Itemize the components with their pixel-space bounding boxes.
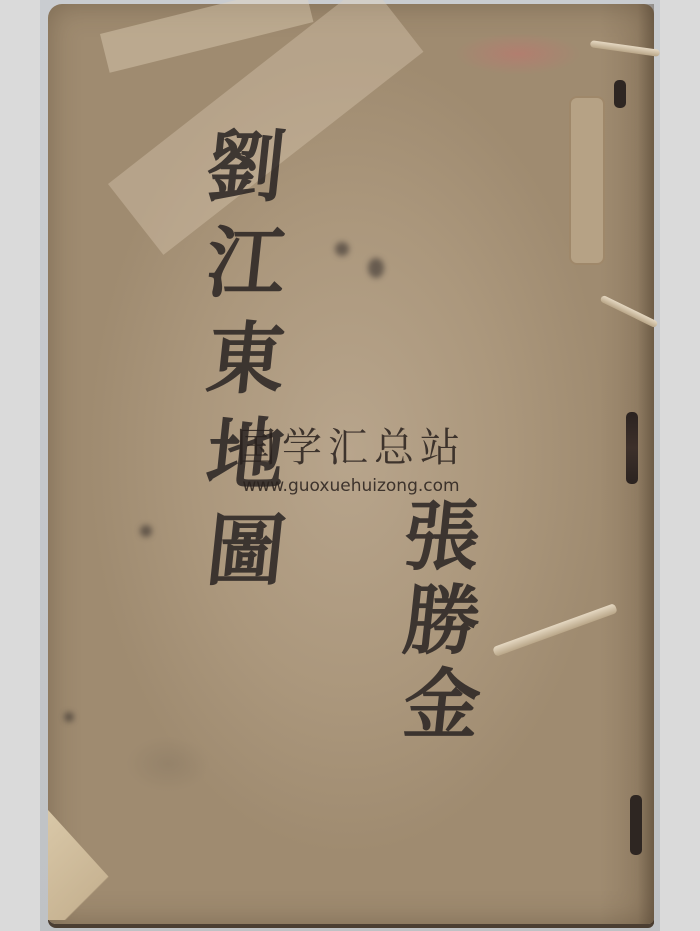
- author-char: 張: [400, 495, 485, 579]
- title-char: 東: [202, 312, 290, 408]
- author-name: 張 勝 金: [392, 495, 492, 747]
- title-char: 圖: [202, 504, 290, 600]
- ink-spot: [64, 712, 74, 722]
- book-title: 劉 江 東 地 圖: [196, 120, 296, 600]
- binding-stitch: [630, 795, 642, 855]
- watermark: 国学汇总站 www.guoxuehuizong.com: [206, 422, 496, 498]
- ink-spot: [140, 525, 152, 537]
- watermark-url: www.guoxuehuizong.com: [206, 474, 496, 498]
- right-border: [660, 0, 700, 931]
- binding-stitch: [614, 80, 626, 108]
- author-char: 勝: [400, 579, 485, 663]
- title-char: 江: [202, 216, 290, 312]
- title-slip: [569, 96, 605, 265]
- ink-spot: [368, 258, 384, 278]
- ink-spot: [335, 242, 349, 256]
- title-char: 劉: [202, 120, 290, 216]
- author-char: 金: [400, 663, 485, 747]
- binding-stitch: [626, 412, 638, 484]
- left-border: [0, 0, 40, 931]
- watermark-title: 国学汇总站: [206, 422, 496, 474]
